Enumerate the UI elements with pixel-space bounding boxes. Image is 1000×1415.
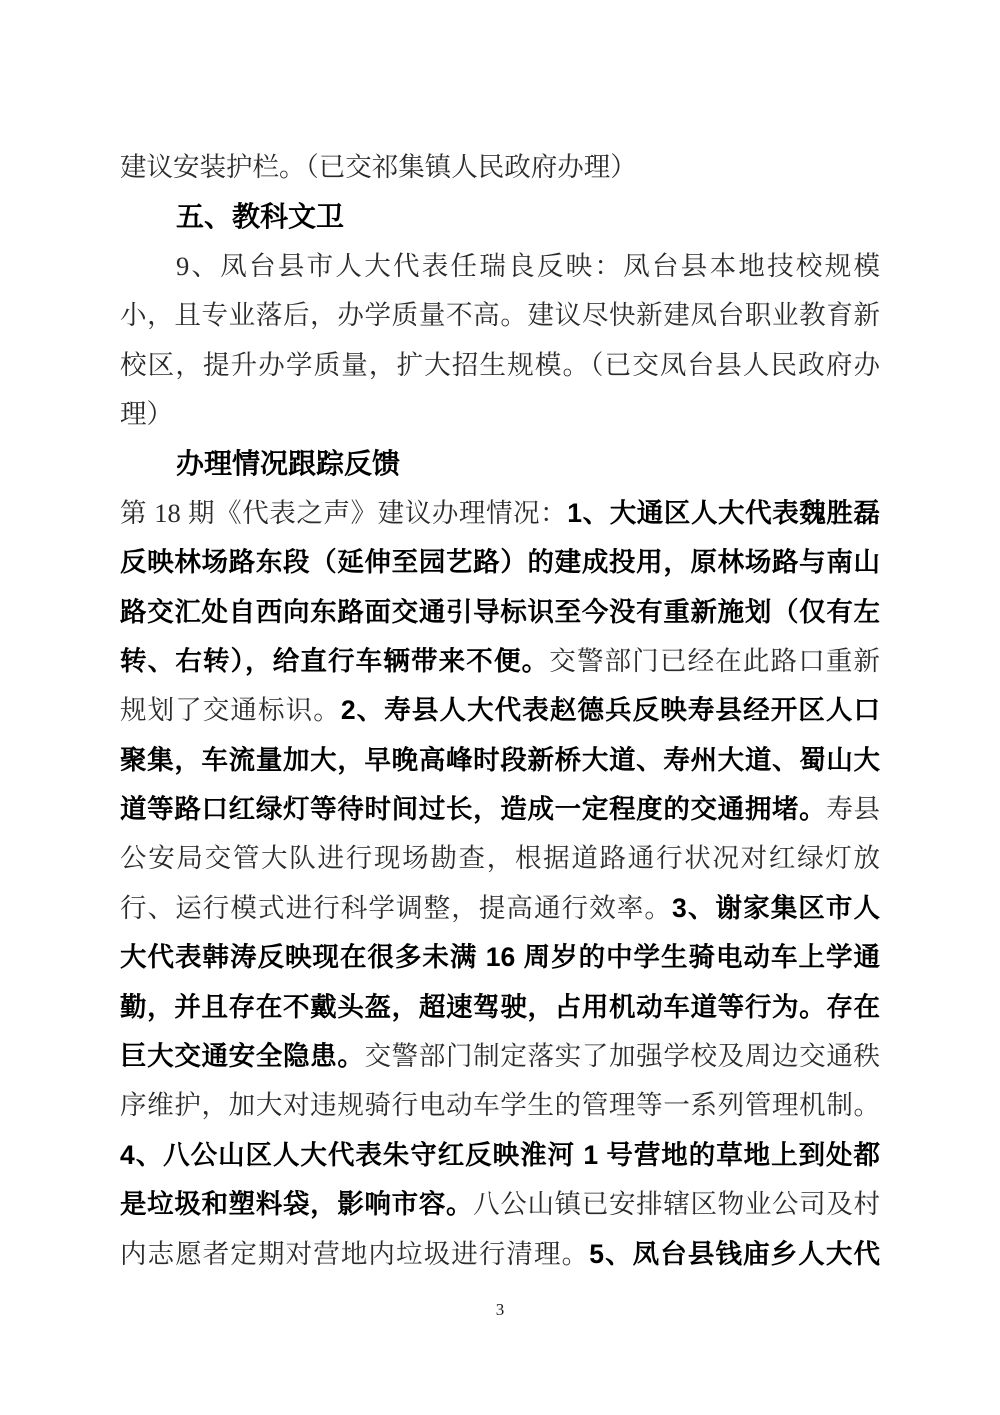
regular-text-segment: 9、凤台县市人大代表任瑞良反映：凤台县本地技校规模 [176,251,880,281]
text-line: 转、右转），给直行车辆带来不便。交警部门已经在此路口重新 [120,637,880,686]
regular-text-segment: 行、运行模式进行科学调整，提高通行效率。 [120,893,672,923]
bold-text-segment: 反映林场路东段（延伸至园艺路）的建成投用，原林场路与南山 [120,547,880,577]
text-line: 行、运行模式进行科学调整，提高通行效率。3、谢家集区市人 [120,884,880,933]
bold-text-segment: 3、谢家集区市人 [672,893,880,923]
regular-text-segment: 校区，提升办学质量，扩大招生规模。（已交凤台县人民政府办 [120,350,880,380]
document-page: 建议安装护栏。（已交祁集镇人民政府办理）五、教科文卫9、凤台县市人大代表任瑞良反… [0,0,1000,1415]
text-line: 勤，并且存在不戴头盔，超速驾驶，占用机动车道等行为。存在 [120,983,880,1032]
text-line: 4、八公山区人大代表朱守红反映淮河 1 号营地的草地上到处都 [120,1131,880,1180]
text-line: 校区，提升办学质量，扩大招生规模。（已交凤台县人民政府办 [120,341,880,390]
bold-text-segment: 巨大交通安全隐患。 [120,1041,365,1071]
bold-text-segment: 聚集，车流量加大，早晚高峰时段新桥大道、寿州大道、蜀山大 [120,745,880,775]
bold-text-segment: 2、寿县人大代表赵德兵反映寿县经开区人口 [341,695,880,725]
text-line: 反映林场路东段（延伸至园艺路）的建成投用，原林场路与南山 [120,538,880,587]
bold-text-segment: 勤，并且存在不戴头盔，超速驾驶，占用机动车道等行为。存在 [120,992,880,1022]
text-line: 道等路口红绿灯等待时间过长，造成一定程度的交通拥堵。寿县 [120,785,880,834]
bold-text-segment: 大代表韩涛反映现在很多未满 16 周岁的中学生骑电动车上学通 [120,942,880,972]
bold-text-segment: 路交汇处自西向东路面交通引导标识至今没有重新施划（仅有左 [120,597,880,627]
bold-text-segment: 是垃圾和塑料袋，影响市容。 [120,1189,473,1219]
text-line: 是垃圾和塑料袋，影响市容。八公山镇已安排辖区物业公司及村 [120,1180,880,1229]
text-line: 建议安装护栏。（已交祁集镇人民政府办理） [120,143,880,192]
regular-text-segment: 交警部门已经在此路口重新 [549,646,880,676]
regular-text-segment: 内志愿者定期对营地内垃圾进行清理。 [120,1239,589,1269]
regular-text-segment: 小，且专业落后，办学质量不高。建议尽快新建凤台职业教育新 [120,300,880,330]
section-heading: 办理情况跟踪反馈 [120,439,880,488]
section-heading: 五、教科文卫 [120,192,880,241]
bold-text-segment: 4、八公山区人大代表朱守红反映淮河 1 号营地的草地上到处都 [120,1140,880,1170]
text-line: 规划了交通标识。2、寿县人大代表赵德兵反映寿县经开区人口 [120,686,880,735]
text-line: 内志愿者定期对营地内垃圾进行清理。5、凤台县钱庙乡人大代 [120,1230,880,1279]
text-line: 巨大交通安全隐患。交警部门制定落实了加强学校及周边交通秩 [120,1032,880,1081]
text-line: 序维护，加大对违规骑行电动车学生的管理等一系列管理机制。 [120,1081,880,1130]
regular-text-segment: 公安局交管大队进行现场勘查，根据道路通行状况对红绿灯放 [120,843,880,873]
text-line: 小，且专业落后，办学质量不高。建议尽快新建凤台职业教育新 [120,291,880,340]
text-line: 公安局交管大队进行现场勘查，根据道路通行状况对红绿灯放 [120,834,880,883]
bold-text-segment: 1、大通区人大代表魏胜磊 [567,498,880,528]
bold-text-segment: 五、教科文卫 [176,201,344,232]
regular-text-segment: 规划了交通标识。 [120,695,341,725]
text-line: 9、凤台县市人大代表任瑞良反映：凤台县本地技校规模 [120,242,880,291]
page-number: 3 [0,1300,1000,1320]
bold-text-segment: 转、右转），给直行车辆带来不便。 [120,646,549,676]
bold-text-segment: 道等路口红绿灯等待时间过长，造成一定程度的交通拥堵。 [120,794,826,824]
document-body: 建议安装护栏。（已交祁集镇人民政府办理）五、教科文卫9、凤台县市人大代表任瑞良反… [120,143,880,1279]
regular-text-segment: 寿县 [826,794,880,824]
regular-text-segment: 理） [120,399,173,429]
regular-text-segment: 第 18 期《代表之声》建议办理情况： [120,498,567,528]
text-line: 路交汇处自西向东路面交通引导标识至今没有重新施划（仅有左 [120,588,880,637]
text-line: 聚集，车流量加大，早晚高峰时段新桥大道、寿州大道、蜀山大 [120,736,880,785]
text-line: 第 18 期《代表之声》建议办理情况：1、大通区人大代表魏胜磊 [120,489,880,538]
text-line: 大代表韩涛反映现在很多未满 16 周岁的中学生骑电动车上学通 [120,933,880,982]
regular-text-segment: 建议安装护栏。（已交祁集镇人民政府办理） [120,152,637,182]
regular-text-segment: 交警部门制定落实了加强学校及周边交通秩 [365,1041,881,1071]
regular-text-segment: 八公山镇已安排辖区物业公司及村 [473,1189,880,1219]
regular-text-segment: 序维护，加大对违规骑行电动车学生的管理等一系列管理机制。 [120,1090,880,1120]
bold-text-segment: 办理情况跟踪反馈 [176,448,400,479]
bold-text-segment: 5、凤台县钱庙乡人大代 [589,1239,880,1269]
text-line: 理） [120,390,880,439]
